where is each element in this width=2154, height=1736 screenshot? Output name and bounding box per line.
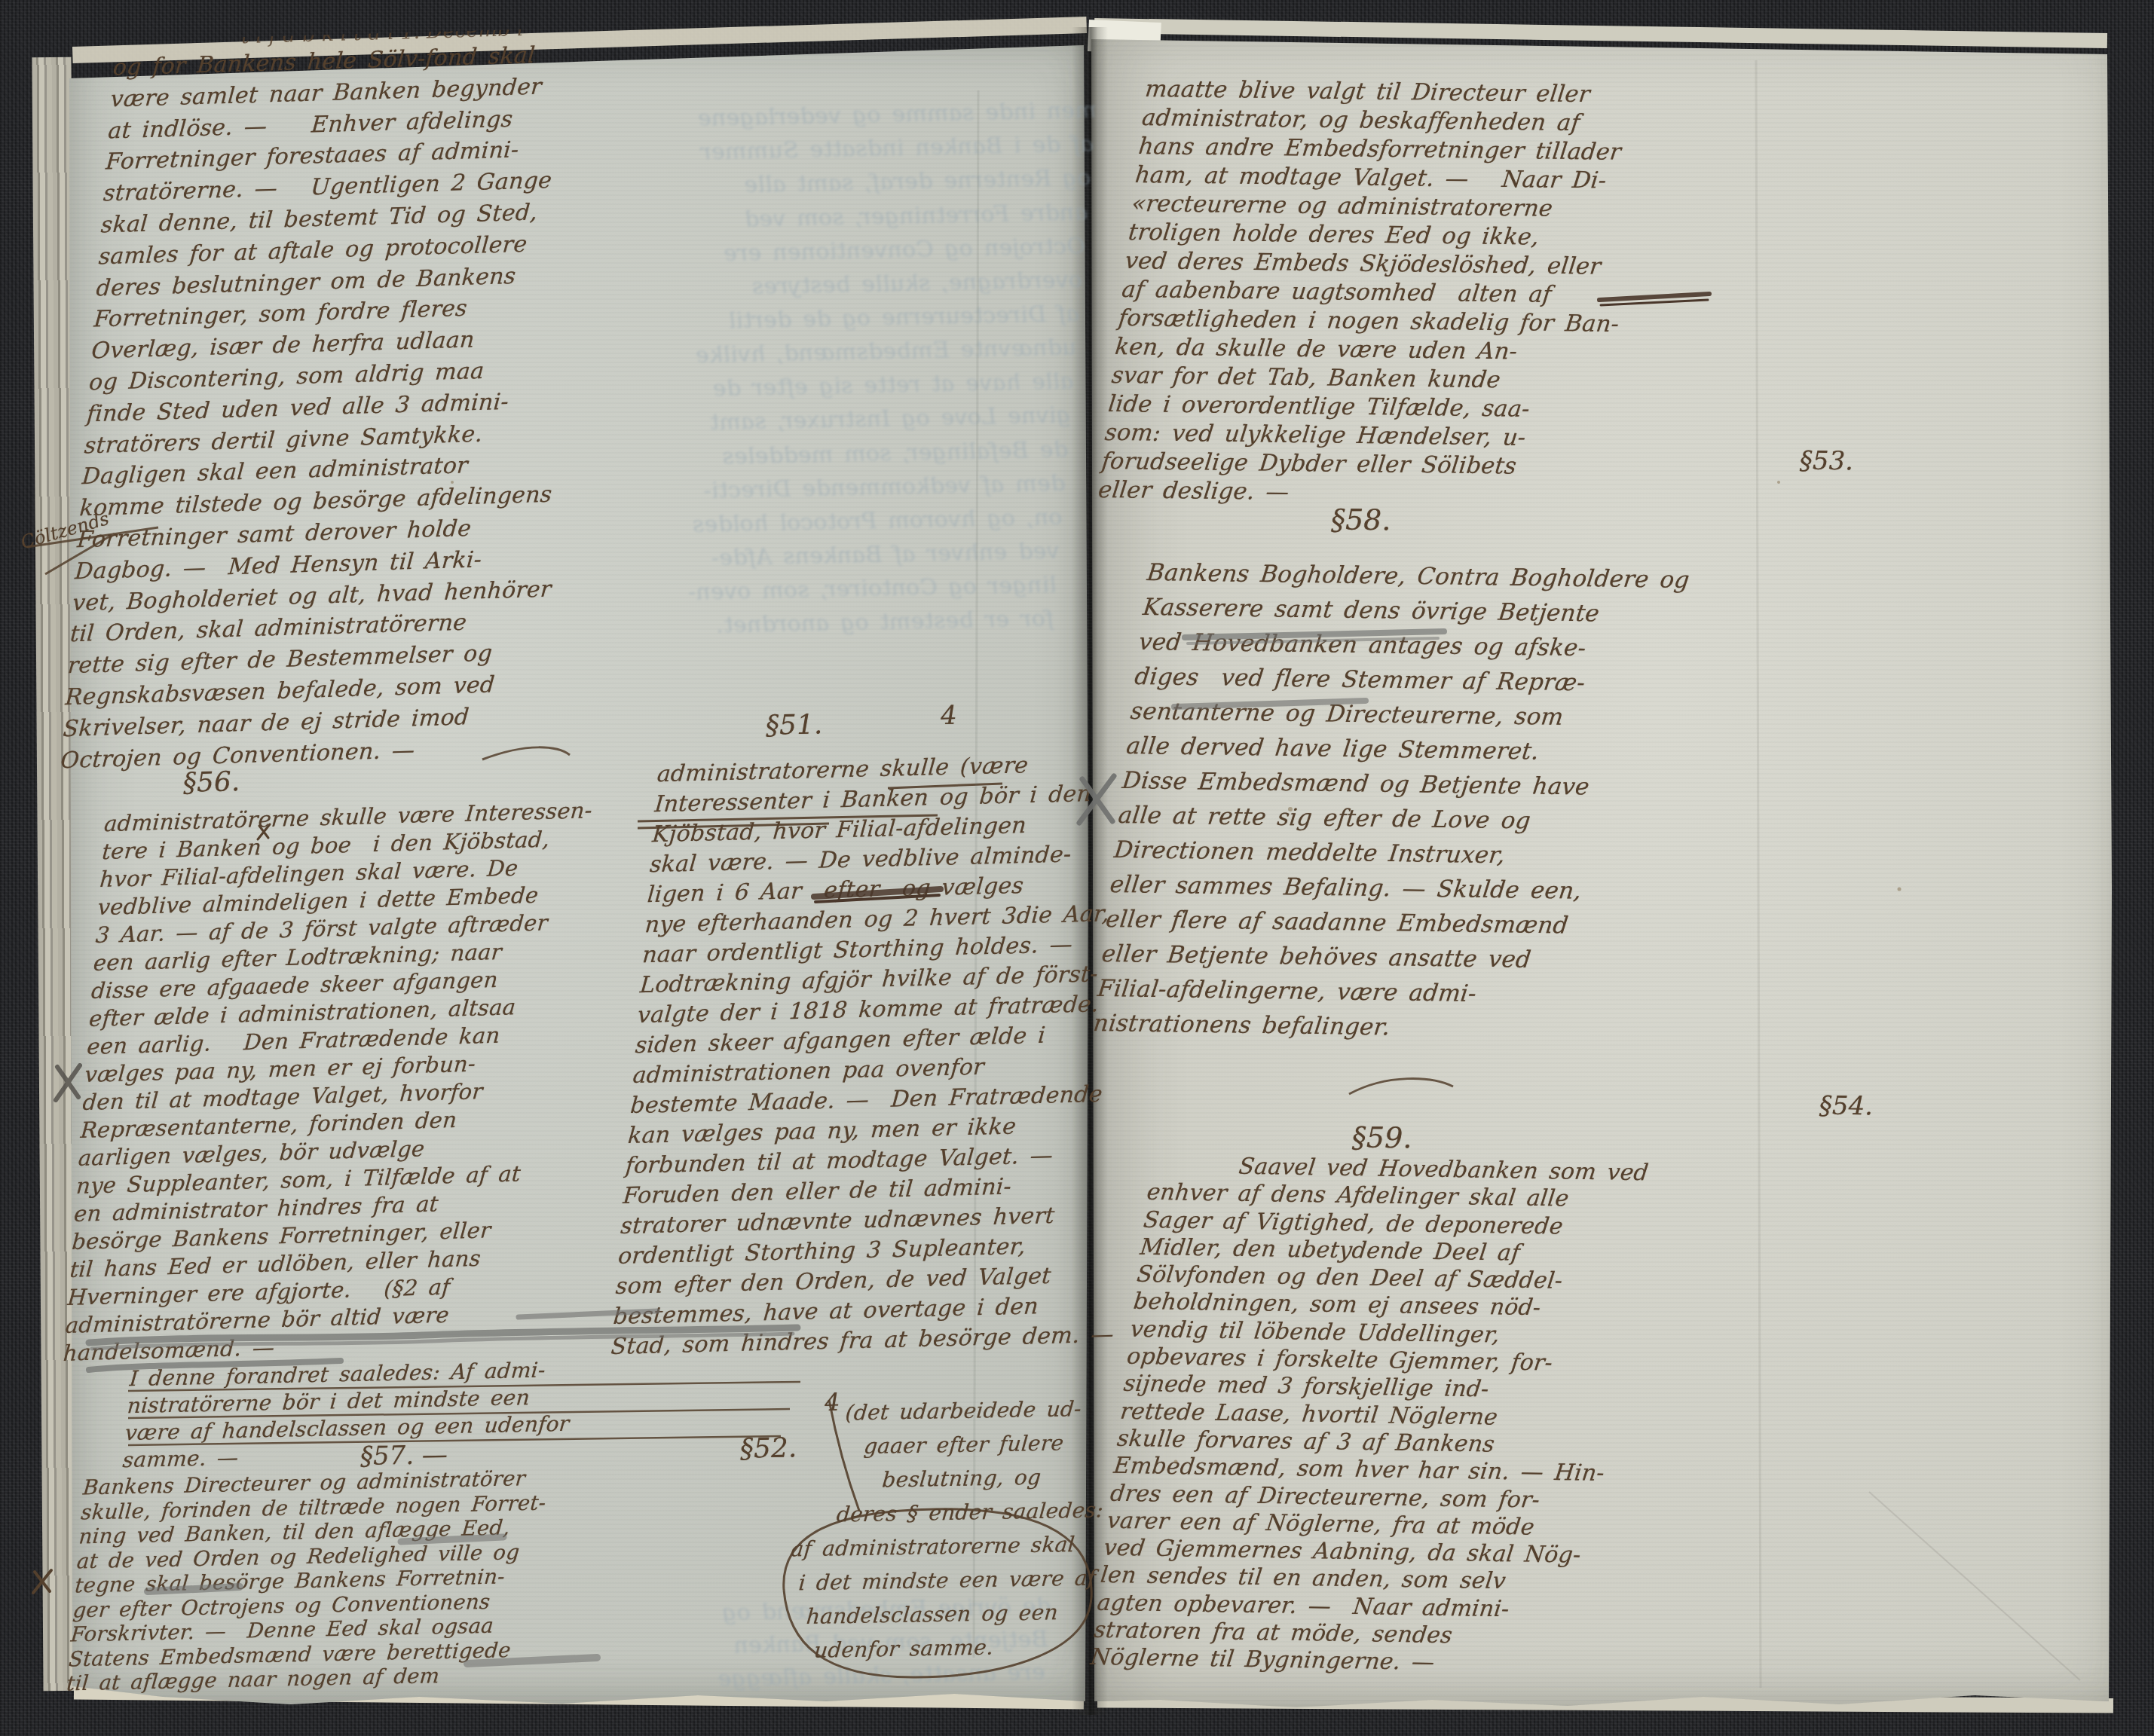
pencil-underlines-right-page (1174, 631, 1444, 707)
annotation-marks-layer (0, 0, 2154, 1736)
ink-x-mark-bottom-left (33, 1570, 51, 1593)
ink-strikethrough-middle-column (814, 889, 941, 902)
pencil-underline-long (89, 1311, 797, 1370)
scanned-manuscript-spread: t l f d b k l t d l 1. Decemb l men inde… (0, 0, 2154, 1736)
ink-circle-around-note (784, 1400, 1091, 1677)
ink-strikethrough-right-page (1599, 294, 1709, 305)
pencil-smudge-underlines-left (148, 1537, 597, 1664)
ink-underlines-sec51 (638, 784, 1002, 828)
dust-specks (451, 481, 1902, 1464)
pencil-x-mark-gutter (1079, 776, 1114, 823)
pencil-x-mark-left-margin (56, 1065, 80, 1100)
ink-x-insertion-mark (258, 824, 270, 839)
ink-flourishes (27, 527, 1453, 1094)
ink-underlines-inserted-note (128, 1382, 800, 1445)
paper-creases (974, 60, 2080, 1688)
